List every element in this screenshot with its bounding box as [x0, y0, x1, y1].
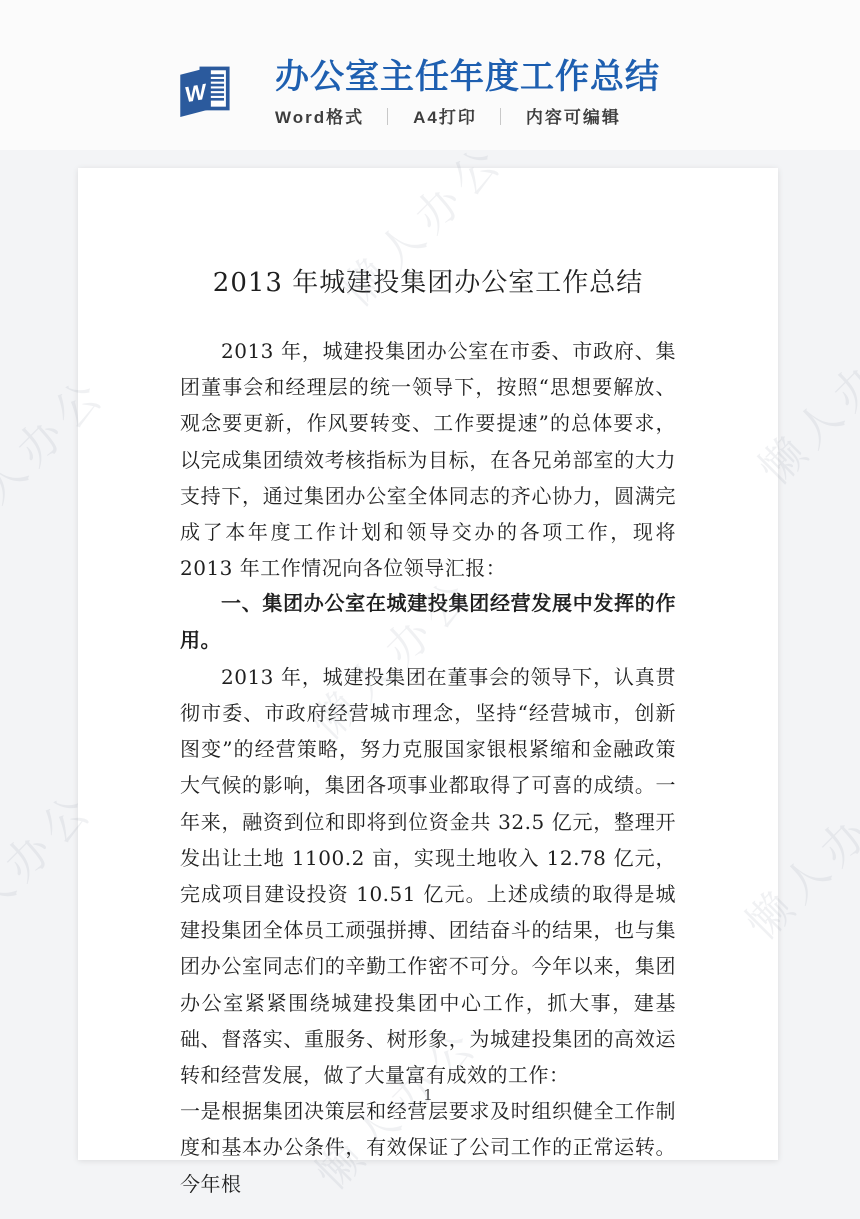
word-icon: W — [175, 60, 233, 118]
format-item-editable: 内容可编辑 — [526, 108, 621, 127]
header-inner: W 办公室主任年度工作总结 Word格式｜A4打印｜内容可编辑 — [175, 0, 860, 128]
format-item-word: Word格式 — [275, 108, 364, 127]
document-paragraph: 2013 年，城建投集团办公室在市委、市政府、集团董事会和经理层的统一领导下，按… — [180, 333, 676, 586]
format-badges: Word格式｜A4打印｜内容可编辑 — [275, 103, 660, 128]
separator: ｜ — [492, 108, 511, 127]
separator: ｜ — [379, 108, 398, 127]
document-body: 2013 年，城建投集团办公室在市委、市政府、集团董事会和经理层的统一领导下，按… — [180, 333, 676, 1202]
document-paragraph: 2013 年，城建投集团在董事会的领导下，认真贯彻市委、市政府经营城市理念，坚持… — [180, 659, 676, 1093]
word-icon-w: W — [185, 79, 207, 108]
product-title: 办公室主任年度工作总结 — [275, 58, 660, 96]
page-header: W 办公室主任年度工作总结 Word格式｜A4打印｜内容可编辑 — [0, 0, 860, 150]
document-title: 2013 年城建投集团办公室工作总结 — [180, 263, 676, 303]
document-page: 2013 年城建投集团办公室工作总结 2013 年，城建投集团办公室在市委、市政… — [78, 168, 778, 1160]
format-item-a4: A4打印 — [413, 108, 477, 127]
page-number: 1 — [78, 1086, 778, 1104]
header-text: 办公室主任年度工作总结 Word格式｜A4打印｜内容可编辑 — [275, 58, 660, 128]
content-area: 懒人办公 懒人办公 懒人办公 懒人办公 懒人办公 懒人办公 懒人办公 2013 … — [0, 150, 860, 1219]
document-heading: 一、集团办公室在城建投集团经营发展中发挥的作用。 — [180, 586, 676, 658]
document-paragraph: 一是根据集团决策层和经营层要求及时组织健全工作制度和基本办公条件，有效保证了公司… — [180, 1093, 676, 1202]
